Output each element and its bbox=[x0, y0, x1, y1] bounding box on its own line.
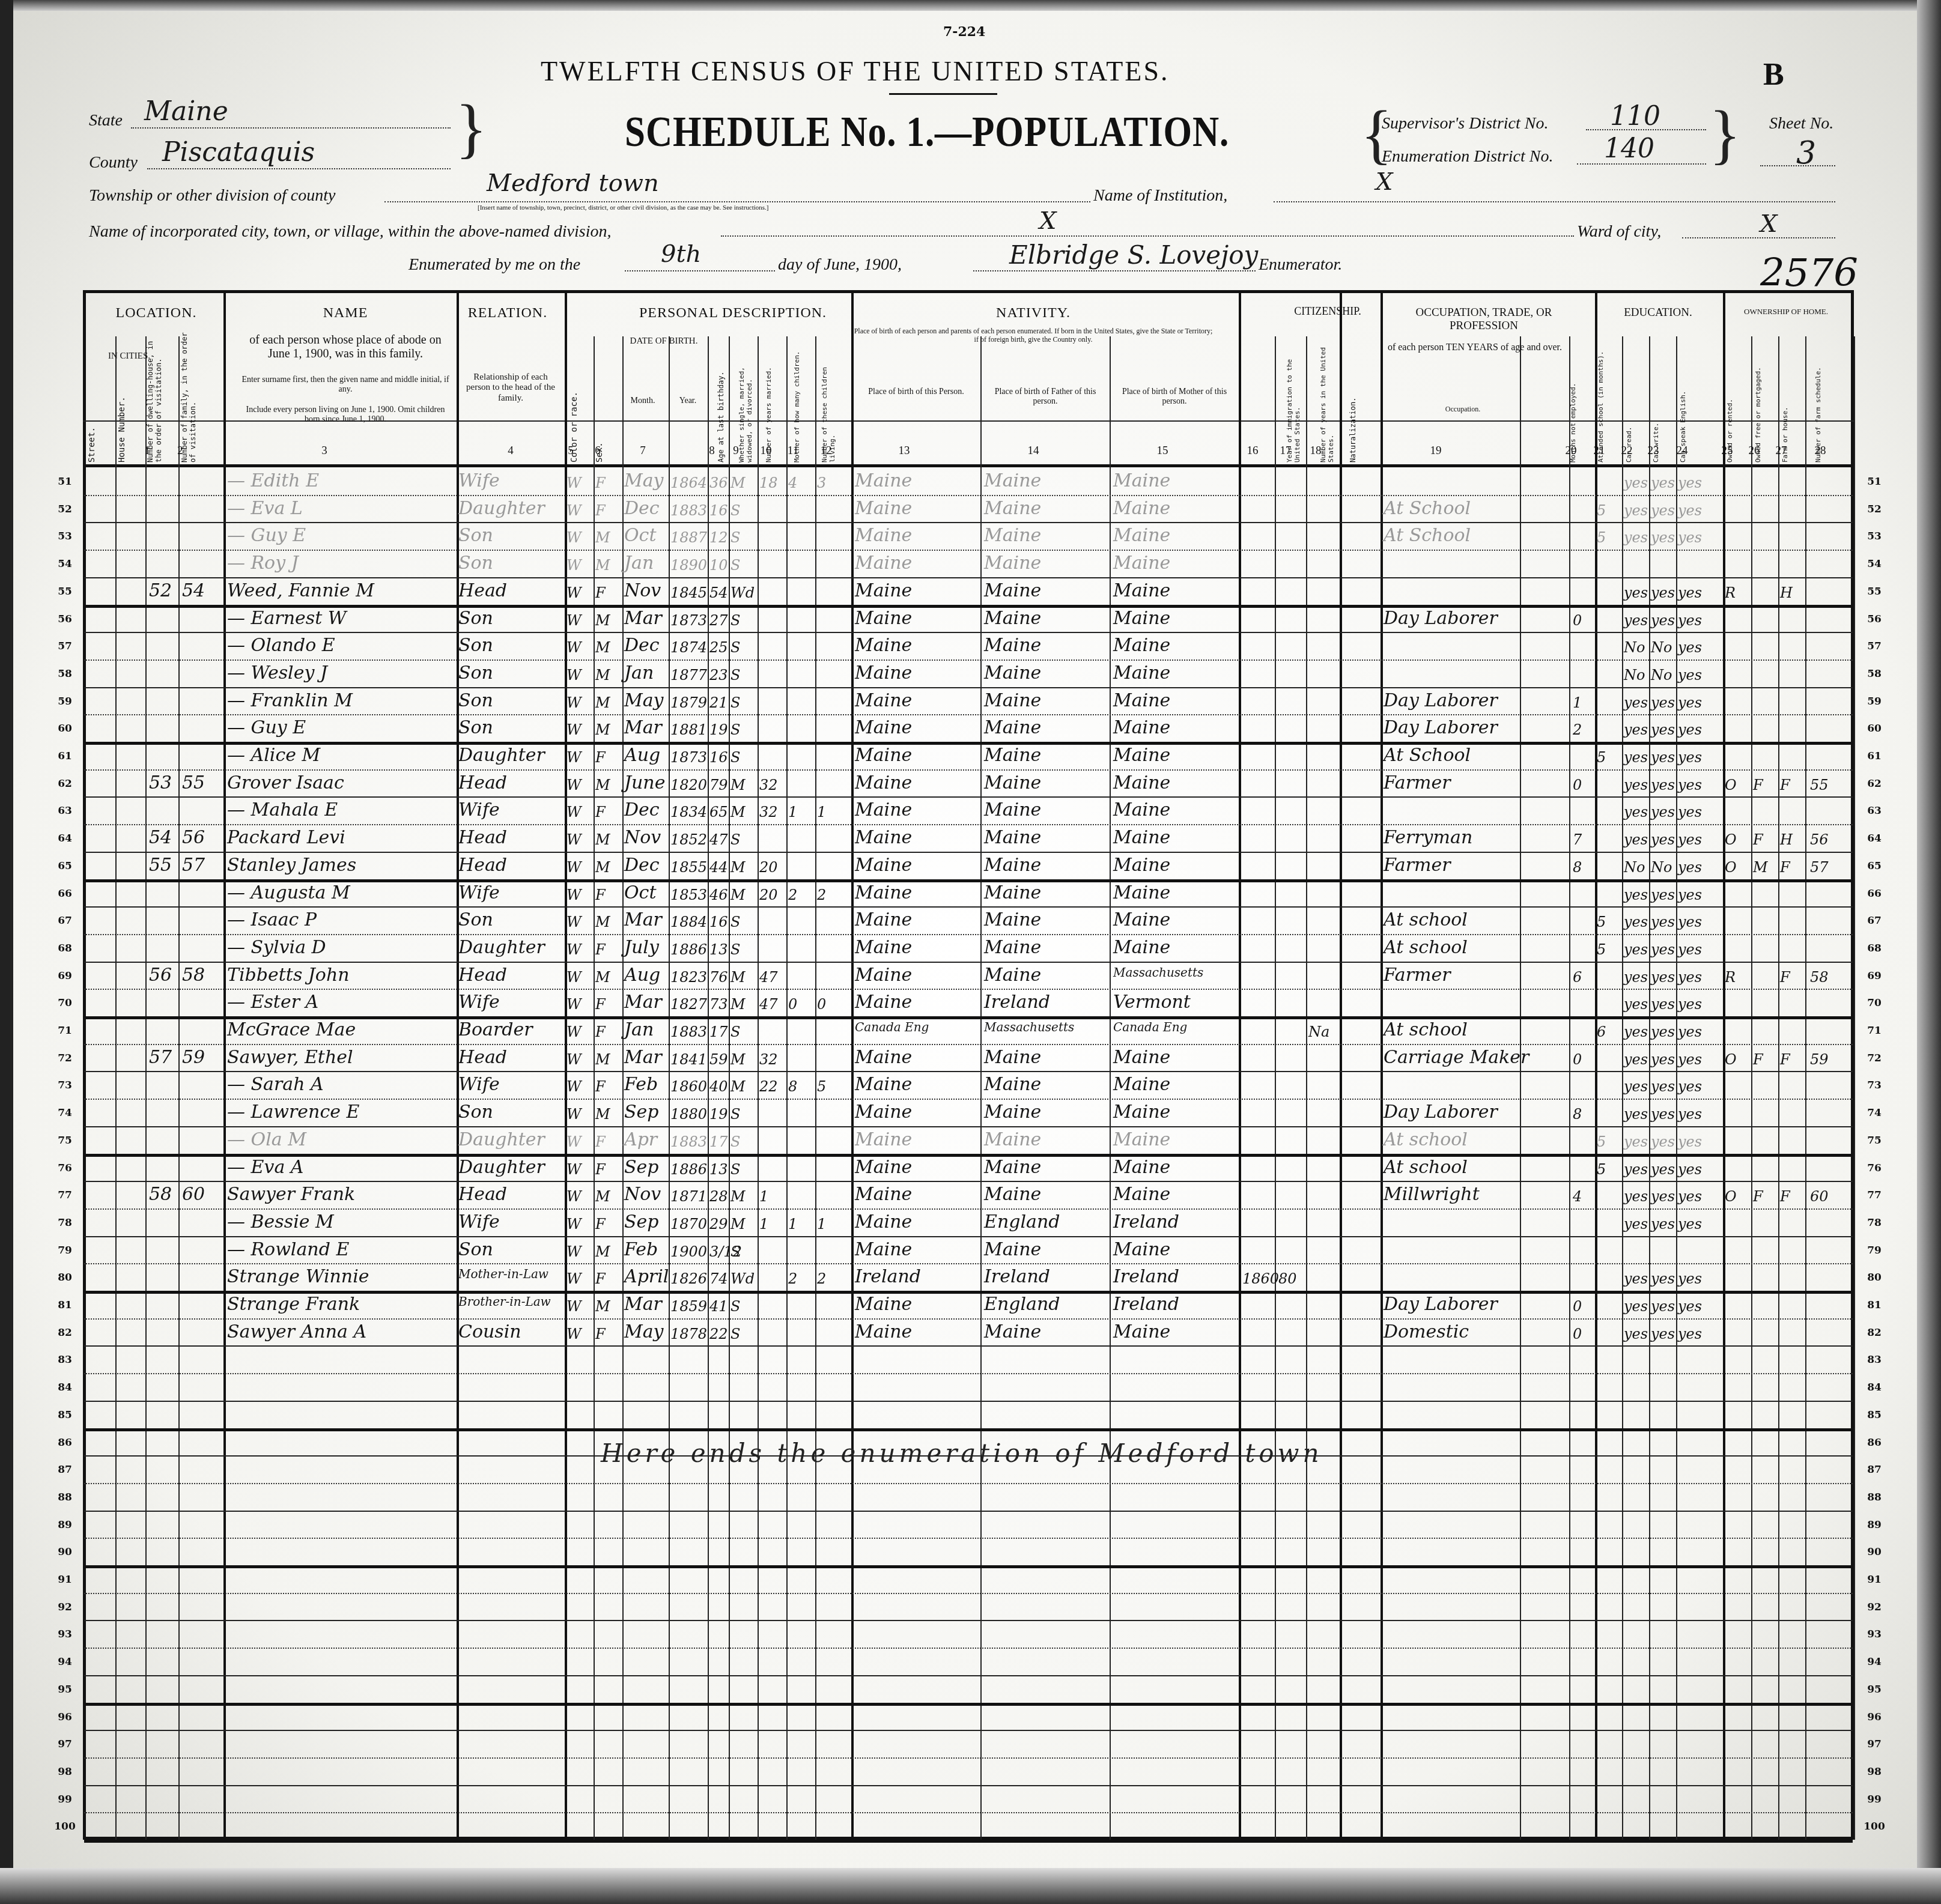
cell-write[interactable]: yes bbox=[1651, 750, 1675, 765]
cell-year[interactable]: 1853 bbox=[670, 888, 707, 902]
cell-month[interactable]: Dec bbox=[624, 801, 660, 819]
cell-write[interactable]: yes bbox=[1651, 530, 1675, 545]
cell-relation[interactable]: Head bbox=[458, 582, 507, 600]
cell-yrs-married[interactable]: 20 bbox=[759, 860, 778, 875]
cell-year[interactable]: 1890 bbox=[670, 558, 707, 572]
cell-name[interactable]: — Augusta M bbox=[227, 884, 350, 902]
cell-mother[interactable]: Maine bbox=[1113, 527, 1170, 545]
cell-color[interactable]: W bbox=[567, 558, 582, 572]
cell-yrs-married[interactable]: 32 bbox=[759, 778, 778, 792]
cell-name[interactable]: Weed, Fannie M bbox=[227, 582, 374, 600]
cell-marital[interactable]: S bbox=[731, 1162, 740, 1177]
cell-relation[interactable]: Son bbox=[458, 911, 493, 929]
cell-mother[interactable]: Maine bbox=[1113, 856, 1170, 875]
cell-color[interactable]: W bbox=[567, 997, 582, 1011]
cell-english[interactable]: yes bbox=[1678, 1327, 1702, 1341]
cell-relation[interactable]: Wife bbox=[458, 884, 500, 902]
cell-write[interactable]: yes bbox=[1651, 832, 1675, 847]
cell-marital[interactable]: S bbox=[731, 558, 740, 572]
cell-unemp[interactable]: 0 bbox=[1573, 778, 1582, 792]
cell-age[interactable]: 74 bbox=[709, 1272, 728, 1286]
cell-mother[interactable]: Maine bbox=[1113, 554, 1170, 572]
cell-name[interactable]: Sawyer Frank bbox=[227, 1186, 355, 1204]
cell-name[interactable]: — Wesley J bbox=[227, 664, 327, 682]
cell-color[interactable]: W bbox=[567, 640, 582, 655]
cell-write[interactable]: yes bbox=[1651, 970, 1675, 984]
cell-relation[interactable]: Daughter bbox=[458, 747, 545, 765]
cell-english[interactable]: yes bbox=[1678, 942, 1702, 957]
cell-occupation[interactable]: At school bbox=[1384, 1021, 1468, 1039]
cell-marital[interactable]: S bbox=[731, 1327, 740, 1341]
cell-father[interactable]: Maine bbox=[984, 774, 1041, 792]
cell-sex[interactable]: F bbox=[595, 997, 606, 1011]
cell-marital[interactable]: M bbox=[731, 476, 746, 490]
cell-month[interactable]: Jan bbox=[624, 664, 654, 682]
cell-english[interactable]: yes bbox=[1678, 778, 1702, 792]
cell-relation[interactable]: Brother-in-Law bbox=[458, 1296, 551, 1308]
cell-school[interactable]: 5 bbox=[1597, 1135, 1606, 1149]
cell-english[interactable]: yes bbox=[1678, 1052, 1702, 1067]
cell-month[interactable]: May bbox=[624, 472, 664, 490]
city-value[interactable]: X bbox=[1039, 207, 1056, 235]
cell-free[interactable]: F bbox=[1753, 832, 1763, 847]
cell-age[interactable]: 65 bbox=[709, 805, 728, 819]
cell-birth[interactable]: Maine bbox=[855, 582, 912, 600]
cell-year[interactable]: 1860 bbox=[670, 1079, 707, 1094]
cell-sex[interactable]: M bbox=[595, 558, 610, 572]
cell-year[interactable]: 1874 bbox=[670, 640, 707, 655]
cell-living[interactable]: 0 bbox=[817, 997, 826, 1011]
cell-year[interactable]: 1881 bbox=[670, 723, 707, 737]
cell-mother[interactable]: Ireland bbox=[1113, 1213, 1179, 1231]
cell-family[interactable]: 54 bbox=[182, 582, 205, 600]
cell-occupation[interactable]: Millwright bbox=[1384, 1186, 1480, 1204]
cell-birth[interactable]: Ireland bbox=[855, 1268, 921, 1286]
cell-free[interactable]: F bbox=[1753, 1189, 1763, 1204]
cell-living[interactable]: 1 bbox=[817, 1217, 826, 1231]
cell-sex[interactable]: F bbox=[595, 1079, 606, 1094]
cell-father[interactable]: Maine bbox=[984, 829, 1041, 847]
cell-color[interactable]: W bbox=[567, 1245, 582, 1259]
cell-english[interactable]: yes bbox=[1678, 805, 1702, 819]
cell-marital[interactable]: M bbox=[731, 1079, 746, 1094]
cell-mother-of[interactable]: 0 bbox=[788, 997, 797, 1011]
cell-marital[interactable]: S bbox=[731, 1107, 740, 1121]
cell-mother[interactable]: Maine bbox=[1113, 801, 1170, 819]
cell-read[interactable]: yes bbox=[1624, 1079, 1648, 1094]
cell-write[interactable]: yes bbox=[1651, 613, 1675, 628]
cell-mother[interactable]: Maine bbox=[1113, 911, 1170, 929]
cell-free[interactable]: M bbox=[1753, 860, 1768, 875]
cell-father[interactable]: Maine bbox=[984, 966, 1041, 984]
cell-age[interactable]: 27 bbox=[709, 613, 728, 628]
cell-own[interactable]: O bbox=[1725, 778, 1737, 792]
cell-father[interactable]: Maine bbox=[984, 692, 1041, 710]
cell-mother[interactable]: Maine bbox=[1113, 692, 1170, 710]
cell-own[interactable]: R bbox=[1725, 586, 1736, 600]
cell-farm[interactable]: F bbox=[1780, 1052, 1790, 1067]
cell-father[interactable]: Ireland bbox=[984, 1268, 1050, 1286]
cell-read[interactable]: yes bbox=[1624, 1107, 1648, 1121]
cell-color[interactable]: W bbox=[567, 613, 582, 628]
cell-farm[interactable]: F bbox=[1780, 860, 1790, 875]
cell-name[interactable]: — Ester A bbox=[227, 993, 318, 1011]
cell-age[interactable]: 23 bbox=[709, 668, 728, 682]
cell-father[interactable]: Maine bbox=[984, 856, 1041, 875]
cell-mother[interactable]: Maine bbox=[1113, 582, 1170, 600]
cell-color[interactable]: W bbox=[567, 1299, 582, 1314]
cell-read[interactable]: yes bbox=[1624, 1299, 1648, 1314]
cell-relation[interactable]: Head bbox=[458, 1049, 507, 1067]
cell-color[interactable]: W bbox=[567, 1272, 582, 1286]
cell-birth[interactable]: Maine bbox=[855, 1323, 912, 1341]
cell-relation[interactable]: Daughter bbox=[458, 500, 545, 518]
cell-father[interactable]: Maine bbox=[984, 801, 1041, 819]
cell-sex[interactable]: M bbox=[595, 530, 610, 545]
cell-month[interactable]: Mar bbox=[624, 1049, 662, 1067]
cell-mother[interactable]: Maine bbox=[1113, 774, 1170, 792]
cell-marital[interactable]: M bbox=[731, 997, 746, 1011]
cell-marital[interactable]: S bbox=[731, 1025, 740, 1039]
cell-month[interactable]: Feb bbox=[624, 1076, 658, 1094]
cell-father[interactable]: England bbox=[984, 1296, 1060, 1314]
cell-marital[interactable]: S bbox=[731, 640, 740, 655]
cell-write[interactable]: yes bbox=[1651, 1135, 1675, 1149]
cell-marital[interactable]: S bbox=[731, 503, 740, 518]
cell-birth[interactable]: Maine bbox=[855, 1241, 912, 1259]
cell-family[interactable]: 56 bbox=[182, 829, 205, 847]
cell-unemp[interactable]: 4 bbox=[1573, 1189, 1582, 1204]
cell-family[interactable]: 57 bbox=[182, 856, 205, 875]
cell-relation[interactable]: Wife bbox=[458, 993, 500, 1011]
cell-relation[interactable]: Son bbox=[458, 554, 493, 572]
cell-age[interactable]: 19 bbox=[709, 723, 728, 737]
cell-year[interactable]: 1883 bbox=[670, 1135, 707, 1149]
cell-read[interactable]: yes bbox=[1624, 723, 1648, 737]
cell-age[interactable]: 13 bbox=[709, 1162, 728, 1177]
cell-sex[interactable]: F bbox=[595, 942, 606, 957]
cell-sex[interactable]: F bbox=[595, 750, 606, 765]
cell-year[interactable]: 1884 bbox=[670, 915, 707, 929]
cell-age[interactable]: 17 bbox=[709, 1025, 728, 1039]
enumeration-value[interactable]: 140 bbox=[1604, 133, 1654, 164]
cell-yrs-married[interactable]: 1 bbox=[759, 1217, 768, 1231]
cell-write[interactable]: yes bbox=[1651, 1052, 1675, 1067]
cell-english[interactable]: yes bbox=[1678, 1162, 1702, 1177]
cell-birth[interactable]: Maine bbox=[855, 472, 912, 490]
cell-year[interactable]: 1900 bbox=[670, 1245, 707, 1259]
cell-relation[interactable]: Son bbox=[458, 637, 493, 655]
cell-color[interactable]: W bbox=[567, 888, 582, 902]
cell-birth[interactable]: Maine bbox=[855, 610, 912, 628]
cell-mother[interactable]: Maine bbox=[1113, 1186, 1170, 1204]
cell-name[interactable]: Tibbetts John bbox=[227, 966, 350, 984]
cell-month[interactable]: Jan bbox=[624, 1021, 654, 1039]
cell-marital[interactable]: Wd bbox=[731, 1272, 755, 1286]
cell-relation[interactable]: Son bbox=[458, 664, 493, 682]
cell-month[interactable]: Feb bbox=[624, 1241, 658, 1259]
cell-write[interactable]: No bbox=[1651, 668, 1672, 682]
cell-marital[interactable]: M bbox=[731, 805, 746, 819]
cell-marital[interactable]: M bbox=[731, 778, 746, 792]
cell-name[interactable]: — Eva L bbox=[227, 500, 303, 518]
cell-occupation[interactable]: Carriage Maker bbox=[1384, 1049, 1529, 1067]
cell-read[interactable]: yes bbox=[1624, 613, 1648, 628]
cell-read[interactable]: yes bbox=[1624, 1327, 1648, 1341]
cell-write[interactable]: yes bbox=[1651, 503, 1675, 518]
cell-read[interactable]: yes bbox=[1624, 915, 1648, 929]
cell-father[interactable]: Maine bbox=[984, 1241, 1041, 1259]
cell-marital[interactable]: S bbox=[731, 530, 740, 545]
cell-age[interactable]: 54 bbox=[709, 586, 728, 600]
cell-sex[interactable]: M bbox=[595, 696, 610, 710]
cell-school[interactable]: 5 bbox=[1597, 915, 1606, 929]
cell-write[interactable]: yes bbox=[1651, 778, 1675, 792]
cell-mother[interactable]: Maine bbox=[1113, 1241, 1170, 1259]
cell-unemp[interactable]: 0 bbox=[1573, 1052, 1582, 1067]
cell-yrs-married[interactable]: 32 bbox=[759, 1052, 778, 1067]
cell-name[interactable]: — Rowland E bbox=[227, 1241, 349, 1259]
cell-english[interactable]: yes bbox=[1678, 970, 1702, 984]
cell-sex[interactable]: F bbox=[595, 586, 606, 600]
cell-father[interactable]: Maine bbox=[984, 637, 1041, 655]
cell-mother[interactable]: Maine bbox=[1113, 939, 1170, 957]
cell-month[interactable]: Dec bbox=[624, 637, 660, 655]
cell-year[interactable]: 1871 bbox=[670, 1189, 707, 1204]
cell-color[interactable]: W bbox=[567, 586, 582, 600]
cell-write[interactable]: yes bbox=[1651, 1327, 1675, 1341]
cell-mother-of[interactable]: 8 bbox=[788, 1079, 797, 1094]
cell-name[interactable]: — Lawrence E bbox=[227, 1103, 359, 1121]
cell-father[interactable]: Maine bbox=[984, 1049, 1041, 1067]
cell-school[interactable]: 5 bbox=[1597, 1162, 1606, 1177]
cell-color[interactable]: W bbox=[567, 668, 582, 682]
cell-name[interactable]: — Ola M bbox=[227, 1131, 306, 1149]
cell-occupation[interactable]: At School bbox=[1384, 747, 1471, 765]
cell-father[interactable]: Maine bbox=[984, 939, 1041, 957]
cell-english[interactable]: yes bbox=[1678, 696, 1702, 710]
cell-read[interactable]: No bbox=[1624, 668, 1645, 682]
cell-read[interactable]: No bbox=[1624, 860, 1645, 875]
cell-year[interactable]: 1886 bbox=[670, 942, 707, 957]
cell-own[interactable]: O bbox=[1725, 860, 1737, 875]
cell-english[interactable]: yes bbox=[1678, 997, 1702, 1011]
cell-month[interactable]: Nov bbox=[624, 829, 661, 847]
cell-month[interactable]: Aug bbox=[624, 966, 660, 984]
cell-mother[interactable]: Massachusetts bbox=[1113, 966, 1203, 978]
cell-dwelling[interactable]: 54 bbox=[149, 829, 172, 847]
cell-unemp[interactable]: 6 bbox=[1573, 970, 1582, 984]
cell-occupation[interactable]: Domestic bbox=[1384, 1323, 1469, 1341]
cell-read[interactable]: yes bbox=[1624, 586, 1648, 600]
cell-age[interactable]: 40 bbox=[709, 1079, 728, 1094]
cell-read[interactable]: yes bbox=[1624, 888, 1648, 902]
cell-mother[interactable]: Canada Eng bbox=[1113, 1021, 1187, 1033]
cell-read[interactable]: yes bbox=[1624, 503, 1648, 518]
cell-year[interactable]: 1864 bbox=[670, 476, 707, 490]
cell-sex[interactable]: M bbox=[595, 832, 610, 847]
cell-marital[interactable]: M bbox=[731, 1217, 746, 1231]
cell-yrs-married[interactable]: 47 bbox=[759, 970, 778, 984]
cell-mother[interactable]: Maine bbox=[1113, 472, 1170, 490]
cell-marital[interactable]: S bbox=[731, 613, 740, 628]
cell-month[interactable]: Sep bbox=[624, 1103, 659, 1121]
cell-english[interactable]: yes bbox=[1678, 723, 1702, 737]
cell-father[interactable]: Maine bbox=[984, 911, 1041, 929]
cell-english[interactable]: yes bbox=[1678, 1272, 1702, 1286]
cell-relation[interactable]: Daughter bbox=[458, 1131, 545, 1149]
cell-occupation[interactable]: Day Laborer bbox=[1384, 1103, 1498, 1121]
cell-name[interactable]: — Roy J bbox=[227, 554, 299, 572]
cell-dwelling[interactable]: 55 bbox=[149, 856, 172, 875]
cell-color[interactable]: W bbox=[567, 915, 582, 929]
cell-marital[interactable]: M bbox=[731, 1189, 746, 1204]
cell-father[interactable]: Maine bbox=[984, 582, 1041, 600]
cell-mother[interactable]: Maine bbox=[1113, 1049, 1170, 1067]
cell-name[interactable]: Sawyer Anna A bbox=[227, 1323, 366, 1341]
cell-name[interactable]: — Guy E bbox=[227, 527, 306, 545]
cell-father[interactable]: Maine bbox=[984, 1323, 1041, 1341]
cell-write[interactable]: yes bbox=[1651, 1079, 1675, 1094]
cell-write[interactable]: yes bbox=[1651, 586, 1675, 600]
cell-school[interactable]: 5 bbox=[1597, 530, 1606, 545]
cell-month[interactable]: Apr bbox=[624, 1131, 657, 1149]
cell-month[interactable]: Dec bbox=[624, 500, 660, 518]
cell-family[interactable]: 55 bbox=[182, 774, 205, 792]
cell-write[interactable]: yes bbox=[1651, 1189, 1675, 1204]
cell-birth[interactable]: Maine bbox=[855, 747, 912, 765]
cell-birth[interactable]: Maine bbox=[855, 554, 912, 572]
cell-yrs-us[interactable]: 80 bbox=[1278, 1272, 1297, 1286]
cell-relation[interactable]: Head bbox=[458, 856, 507, 875]
cell-color[interactable]: W bbox=[567, 1079, 582, 1094]
cell-age[interactable]: 29 bbox=[709, 1217, 728, 1231]
cell-unemp[interactable]: 0 bbox=[1573, 1299, 1582, 1314]
cell-yrs-married[interactable]: 32 bbox=[759, 805, 778, 819]
cell-occupation[interactable]: At school bbox=[1384, 1131, 1468, 1149]
cell-relation[interactable]: Son bbox=[458, 1103, 493, 1121]
cell-age[interactable]: 76 bbox=[709, 970, 728, 984]
cell-birth[interactable]: Maine bbox=[855, 1186, 912, 1204]
cell-age[interactable]: 44 bbox=[709, 860, 728, 875]
cell-sex[interactable]: M bbox=[595, 915, 610, 929]
state-value[interactable]: Maine bbox=[144, 96, 228, 127]
cell-english[interactable]: yes bbox=[1678, 668, 1702, 682]
cell-color[interactable]: W bbox=[567, 1052, 582, 1067]
cell-birth[interactable]: Maine bbox=[855, 911, 912, 929]
cell-occupation[interactable]: Farmer bbox=[1384, 966, 1451, 984]
cell-occupation[interactable]: Day Laborer bbox=[1384, 610, 1498, 628]
cell-father[interactable]: Maine bbox=[984, 747, 1041, 765]
cell-dwelling[interactable]: 53 bbox=[149, 774, 172, 792]
cell-relation[interactable]: Wife bbox=[458, 801, 500, 819]
cell-mother[interactable]: Maine bbox=[1113, 747, 1170, 765]
cell-name[interactable]: — Eva A bbox=[227, 1159, 303, 1177]
cell-immig[interactable]: 1860 bbox=[1242, 1272, 1279, 1286]
cell-month[interactable]: April bbox=[624, 1268, 669, 1286]
cell-marital[interactable]: S bbox=[731, 723, 740, 737]
cell-age[interactable]: 73 bbox=[709, 997, 728, 1011]
cell-sex[interactable]: M bbox=[595, 1189, 610, 1204]
cell-year[interactable]: 1883 bbox=[670, 503, 707, 518]
cell-year[interactable]: 1855 bbox=[670, 860, 707, 875]
cell-birth[interactable]: Maine bbox=[855, 774, 912, 792]
cell-sex[interactable]: M bbox=[595, 860, 610, 875]
cell-father[interactable]: Ireland bbox=[984, 993, 1050, 1011]
cell-year[interactable]: 1826 bbox=[670, 1272, 707, 1286]
cell-month[interactable]: Nov bbox=[624, 1186, 661, 1204]
cell-relation[interactable]: Son bbox=[458, 527, 493, 545]
cell-english[interactable]: yes bbox=[1678, 915, 1702, 929]
cell-marital[interactable]: M bbox=[731, 888, 746, 902]
cell-english[interactable]: yes bbox=[1678, 1025, 1702, 1039]
cell-name[interactable]: Sawyer, Ethel bbox=[227, 1049, 353, 1067]
cell-sched[interactable]: 60 bbox=[1810, 1189, 1829, 1204]
cell-school[interactable]: 5 bbox=[1597, 750, 1606, 765]
cell-birth[interactable]: Maine bbox=[855, 884, 912, 902]
cell-age[interactable]: 28 bbox=[709, 1189, 728, 1204]
cell-year[interactable]: 1883 bbox=[670, 1025, 707, 1039]
cell-birth[interactable]: Maine bbox=[855, 527, 912, 545]
cell-relation[interactable]: Son bbox=[458, 692, 493, 710]
cell-age[interactable]: 21 bbox=[709, 696, 728, 710]
cell-read[interactable]: yes bbox=[1624, 805, 1648, 819]
cell-birth[interactable]: Maine bbox=[855, 692, 912, 710]
cell-english[interactable]: yes bbox=[1678, 750, 1702, 765]
cell-occupation[interactable]: Farmer bbox=[1384, 774, 1451, 792]
cell-color[interactable]: W bbox=[567, 1217, 582, 1231]
cell-relation[interactable]: Head bbox=[458, 774, 507, 792]
cell-age[interactable]: 59 bbox=[709, 1052, 728, 1067]
cell-month[interactable]: Oct bbox=[624, 884, 656, 902]
cell-color[interactable]: W bbox=[567, 832, 582, 847]
cell-birth[interactable]: Canada Eng bbox=[855, 1021, 929, 1033]
cell-marital[interactable]: S bbox=[731, 750, 740, 765]
cell-mother[interactable]: Maine bbox=[1113, 884, 1170, 902]
cell-unemp[interactable]: 1 bbox=[1573, 696, 1582, 710]
cell-living[interactable]: 3 bbox=[817, 476, 826, 490]
cell-color[interactable]: W bbox=[567, 476, 582, 490]
cell-birth[interactable]: Maine bbox=[855, 664, 912, 682]
cell-color[interactable]: W bbox=[567, 778, 582, 792]
cell-mother[interactable]: Maine bbox=[1113, 637, 1170, 655]
cell-age[interactable]: 79 bbox=[709, 778, 728, 792]
cell-write[interactable]: yes bbox=[1651, 1217, 1675, 1231]
cell-name[interactable]: Strange Winnie bbox=[227, 1268, 369, 1286]
cell-occupation[interactable]: At school bbox=[1384, 911, 1468, 929]
cell-year[interactable]: 1820 bbox=[670, 778, 707, 792]
cell-english[interactable]: yes bbox=[1678, 888, 1702, 902]
cell-mother[interactable]: Maine bbox=[1113, 610, 1170, 628]
cell-yrs-married[interactable]: 22 bbox=[759, 1079, 778, 1094]
cell-month[interactable]: Dec bbox=[624, 856, 660, 875]
cell-age[interactable]: 16 bbox=[709, 750, 728, 765]
cell-sex[interactable]: F bbox=[595, 503, 606, 518]
cell-age[interactable]: 46 bbox=[709, 888, 728, 902]
cell-english[interactable]: yes bbox=[1678, 832, 1702, 847]
cell-dwelling[interactable]: 57 bbox=[149, 1049, 172, 1067]
cell-age[interactable]: 41 bbox=[709, 1299, 728, 1314]
cell-month[interactable]: May bbox=[624, 692, 664, 710]
cell-birth[interactable]: Maine bbox=[855, 1159, 912, 1177]
cell-year[interactable]: 1827 bbox=[670, 997, 707, 1011]
supervisor-value[interactable]: 110 bbox=[1610, 101, 1660, 132]
cell-color[interactable]: W bbox=[567, 1107, 582, 1121]
cell-month[interactable]: June bbox=[624, 774, 665, 792]
cell-father[interactable]: England bbox=[984, 1213, 1060, 1231]
enumerated-day[interactable]: 9th bbox=[661, 240, 701, 268]
cell-relation[interactable]: Mother-in-Law bbox=[458, 1268, 548, 1280]
